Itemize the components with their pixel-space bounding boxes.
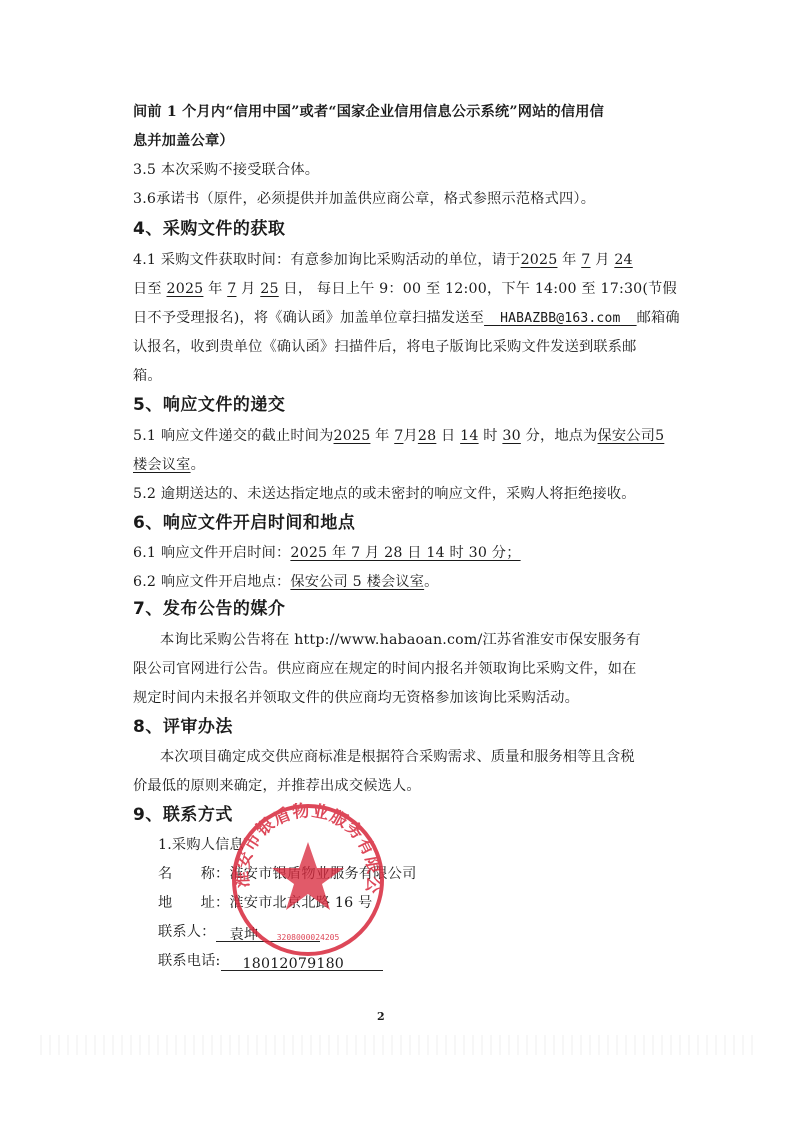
- clause-3-6: 3.6承诺书（原件，必须提供并加盖供应商公章，格式参照示范格式四）。: [133, 189, 595, 209]
- section-8-para-line2: 价最低的原则来确定，并推荐出成交候选人。: [133, 776, 421, 796]
- contact-person: 袁坤: [216, 925, 320, 942]
- purchaser-name-row: 名 称：淮安市银盾物业服务有限公司: [158, 864, 416, 884]
- clause-4-1-line1: 4.1 采购文件获取时间：有意参加询比采购活动的单位，请于2025 年 7 月 …: [133, 250, 633, 270]
- section-7-heading: 7、发布公告的媒介: [133, 598, 285, 620]
- email-link[interactable]: HABAZBB@163.com: [484, 311, 637, 326]
- section-8-heading: 8、评审办法: [133, 716, 233, 738]
- purchaser-name: 淮安市银盾物业服务有限公司: [229, 866, 416, 882]
- purchaser-address: 淮安市北京北路 16 号: [229, 895, 372, 911]
- clause-4-1-line2: 日至 2025 年 7 月 25 日， 每日上午 9：00 至 12:00，下午…: [133, 279, 677, 299]
- location-cont: 楼会议室: [133, 457, 191, 473]
- phone-label: 联系电话:: [158, 953, 221, 969]
- deadline-hour: 14: [460, 428, 478, 444]
- scan-artifact: [40, 1035, 760, 1055]
- location: 保安公司5: [598, 428, 665, 444]
- purchaser-address-row: 地 址：淮安市北京北路 16 号: [158, 893, 372, 913]
- paragraph-line: 间前 1 个月内“信用中国”或者“国家企业信用信息公示系统”网站的信用信: [133, 102, 604, 122]
- phone-number: 18012079180: [243, 956, 345, 972]
- deadline-year: 2025: [334, 428, 371, 444]
- clause-6-2: 6.2 响应文件开启地点：保安公司 5 楼会议室。: [133, 572, 439, 592]
- start-month: 7: [581, 252, 590, 268]
- address-label: 地 址：: [158, 895, 229, 911]
- deadline-day: 28: [418, 428, 436, 444]
- paragraph-line: 息并加盖公章）: [133, 131, 234, 151]
- name-label: 名 称：: [158, 866, 229, 882]
- section-6-heading: 6、响应文件开启时间和地点: [133, 512, 355, 534]
- clause-4-1-line4: 认报名，收到贵单位《确认函》扫描件后，将电子版询比采购文件发送到联系邮: [133, 337, 637, 357]
- clause-6-1: 6.1 响应文件开启时间：2025 年 7 月 28 日 14 时 30 分；: [133, 543, 521, 563]
- clause-5-1-line1: 5.1 响应文件递交的截止时间为2025 年 7月28 日 14 时 30 分，…: [133, 426, 664, 446]
- purchaser-info-subtitle: 1.采购人信息: [158, 835, 244, 855]
- clause-5-1-line2: 楼会议室。: [133, 455, 205, 475]
- clause-4-1-line5: 箱。: [133, 366, 162, 386]
- text: 邮箱确: [637, 310, 680, 326]
- text: 分，地点为: [526, 428, 598, 444]
- text: 4.1 采购文件获取时间：有意参加询比采购活动的单位，请于: [133, 252, 521, 268]
- contact-phone-row: 联系电话:18012079180: [158, 951, 383, 971]
- clause-3-5: 3.5 本次采购不接受联合体。: [133, 160, 319, 180]
- text: 6.1 响应文件开启时间：: [133, 545, 290, 561]
- text: 。: [424, 574, 438, 590]
- opening-location: 保安公司 5 楼会议室: [290, 574, 424, 590]
- page-number: 2: [377, 1010, 385, 1023]
- end-year: 2025: [167, 281, 204, 297]
- deadline-minute: 30: [502, 428, 520, 444]
- section-7-para-line1: 本询比采购公告将在 http://www.habaoan.com/江苏省淮安市保…: [160, 630, 641, 650]
- opening-time: 2025 年 7 月 28 日 14 时 30 分；: [290, 545, 520, 561]
- email-address[interactable]: HABAZBB@163.com: [500, 311, 620, 326]
- text: 5.1 响应文件递交的截止时间为: [133, 428, 334, 444]
- start-day: 24: [614, 252, 632, 268]
- end-day: 25: [260, 281, 278, 297]
- document-page: 间前 1 个月内“信用中国”或者“国家企业信用信息公示系统”网站的信用信 息并加…: [0, 0, 793, 1123]
- section-8-para-line1: 本次项目确定成交供应商标准是根据符合采购需求、质量和服务相等且含税: [160, 747, 635, 767]
- clause-5-2: 5.2 逾期送达的、未送达指定地点的或未密封的响应文件，采购人将拒绝接收。: [133, 484, 636, 504]
- section-9-heading: 9、联系方式: [133, 804, 233, 826]
- contact-phone: 18012079180: [221, 954, 383, 971]
- section-5-heading: 5、响应文件的递交: [133, 394, 285, 416]
- section-4-heading: 4、采购文件的获取: [133, 218, 285, 240]
- contact-person-row: 联系人：袁坤: [158, 922, 320, 942]
- contact-label: 联系人：: [158, 924, 216, 940]
- contact-name: 袁坤: [230, 927, 259, 943]
- clause-4-1-line3: 日不予受理报名)，将《确认函》加盖单位章扫描发送至 HABAZBB@163.co…: [133, 308, 680, 329]
- text: 6.2 响应文件开启地点：: [133, 574, 290, 590]
- section-7-para-line3: 规定时间内未报名并领取文件的供应商均无资格参加该询比采购活动。: [133, 688, 579, 708]
- section-7-para-line2: 限公司官网进行公告。供应商应在规定的时间内报名并领取询比采购文件，如在: [133, 659, 637, 679]
- end-month: 7: [227, 281, 236, 297]
- text: 。: [191, 457, 205, 473]
- text: 日不予受理报名)，将《确认函》加盖单位章扫描发送至: [133, 310, 484, 326]
- hours-text: ， 每日上午 9：00 至 12:00，下午 14:00 至 17:30(节假: [298, 281, 677, 297]
- deadline-month: 7: [394, 428, 403, 444]
- start-year: 2025: [521, 252, 558, 268]
